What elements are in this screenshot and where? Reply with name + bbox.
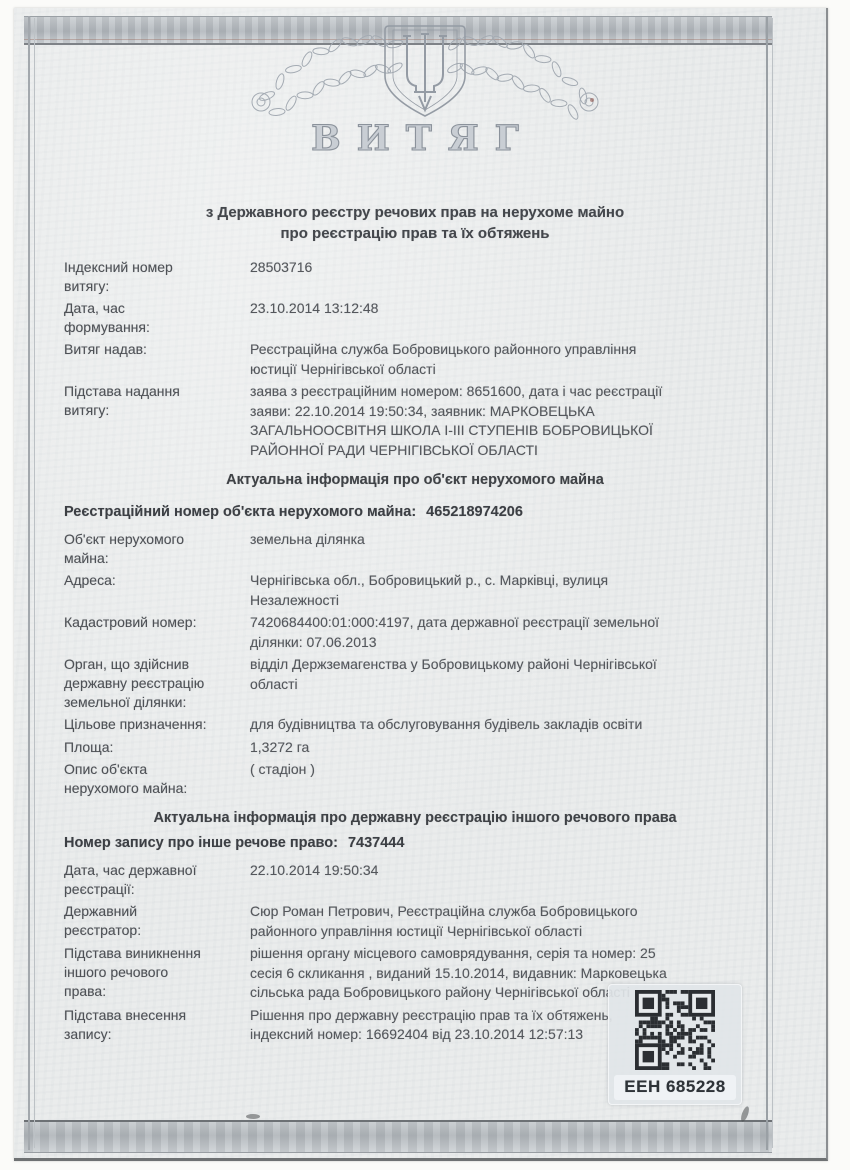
ink-smudge <box>246 1114 260 1119</box>
record-number-value: 7437444 <box>348 835 404 851</box>
field-row: Опис об'єкта нерухомого майна: ( стадіон… <box>64 760 766 798</box>
field-label: Кадастровий номер: <box>64 613 234 652</box>
field-label: Дата, час формування: <box>64 299 234 337</box>
field-label: Об'єкт нерухомого майна: <box>64 530 234 568</box>
field-value: 7420684400:01:000:4197, дата державної р… <box>250 613 766 652</box>
subtitle-line-1: з Державного реєстру речових прав на нер… <box>64 202 766 223</box>
field-label: Орган, що здійснив державну реєстрацію з… <box>64 655 234 712</box>
record-number-line: Номер запису про інше речове право:74374… <box>64 833 766 853</box>
field-value: відділ Держземагенства у Бобровицькому р… <box>250 655 766 712</box>
field-label: Індексний номер витягу: <box>64 258 234 296</box>
field-value: Чернігівська обл., Бобровицький р., с. М… <box>250 571 766 610</box>
field-value: 1,3272 га <box>250 738 766 758</box>
field-label: Опис об'єкта нерухомого майна: <box>64 760 234 798</box>
field-row: Дата, час державної реєстрації: 22.10.20… <box>64 861 766 899</box>
section-heading-right: Актуальна інформація про державну реєстр… <box>64 808 766 828</box>
field-label: Підстава надання витягу: <box>64 382 234 460</box>
field-label: Державний реєстратор: <box>64 902 234 941</box>
guilloche-border-bottom <box>24 1120 772 1153</box>
qr-code <box>635 990 715 1070</box>
record-number-label: Номер запису про інше речове право: <box>64 835 338 851</box>
field-row: Адреса: Чернігівська обл., Бобровицький … <box>64 571 766 610</box>
field-value: ( стадіон ) <box>250 760 766 798</box>
document-title: ВИТЯГ <box>64 120 766 158</box>
field-row: Витяг надав: Реєстраційна служба Боброви… <box>64 340 766 379</box>
object-reg-number-label: Реєстраційний номер об'єкта нерухомого м… <box>64 504 416 520</box>
field-value: для будівництва та обслуговування будіве… <box>250 715 766 735</box>
field-value: 22.10.2014 19:50:34 <box>250 861 766 899</box>
intro-fields: Індексний номер витягу: 28503716 Дата, ч… <box>64 258 766 460</box>
field-label: Цільове призначення: <box>64 715 234 735</box>
field-label: Підстава внесення запису: <box>64 1006 234 1045</box>
object-reg-number-value: 465218974206 <box>426 504 523 520</box>
field-label: Адреса: <box>64 571 234 610</box>
document-subtitle: з Державного реєстру речових прав на нер… <box>64 202 766 244</box>
object-reg-number-line: Реєстраційний номер об'єкта нерухомого м… <box>64 502 766 522</box>
field-row: Орган, що здійснив державну реєстрацію з… <box>64 655 766 712</box>
field-label: Дата, час державної реєстрації: <box>64 861 234 899</box>
qr-sticker: ЕЕН 685228 <box>608 984 742 1105</box>
field-row: Індексний номер витягу: 28503716 <box>64 258 766 296</box>
field-value: заява з реєстраційним номером: 8651600, … <box>250 382 766 460</box>
field-value: 28503716 <box>250 258 766 296</box>
section-heading-object: Актуальна інформація про об'єкт нерухомо… <box>64 470 766 490</box>
object-fields: Об'єкт нерухомого майна: земельна ділянк… <box>64 530 766 798</box>
scanned-document-page: ВИТЯГ з Державного реєстру речових прав … <box>14 8 828 1161</box>
field-label: Підстава виникнення іншого речового прав… <box>64 944 234 1003</box>
field-row: Кадастровий номер: 7420684400:01:000:419… <box>64 613 766 652</box>
field-row: Підстава надання витягу: заява з реєстра… <box>64 382 766 460</box>
sticker-code-label: ЕЕН 685228 <box>614 1075 736 1100</box>
field-value: 23.10.2014 13:12:48 <box>250 299 766 337</box>
subtitle-line-2: про реєстрацію прав та їх обтяжень <box>64 223 766 244</box>
field-row: Державний реєстратор: Сюр Роман Петрович… <box>64 902 766 941</box>
field-row: Дата, час формування: 23.10.2014 13:12:4… <box>64 299 766 337</box>
field-value: Реєстраційна служба Бобровицького районн… <box>250 340 766 379</box>
field-value: Сюр Роман Петрович, Реєстраційна служба … <box>250 902 766 941</box>
field-value: земельна ділянка <box>250 530 766 568</box>
field-row: Площа: 1,3272 га <box>64 738 766 758</box>
field-label: Витяг надав: <box>64 340 234 379</box>
field-row: Об'єкт нерухомого майна: земельна ділянк… <box>64 530 766 568</box>
field-label: Площа: <box>64 738 234 758</box>
ink-dot <box>590 98 594 102</box>
field-row: Цільове призначення: для будівництва та … <box>64 715 766 735</box>
